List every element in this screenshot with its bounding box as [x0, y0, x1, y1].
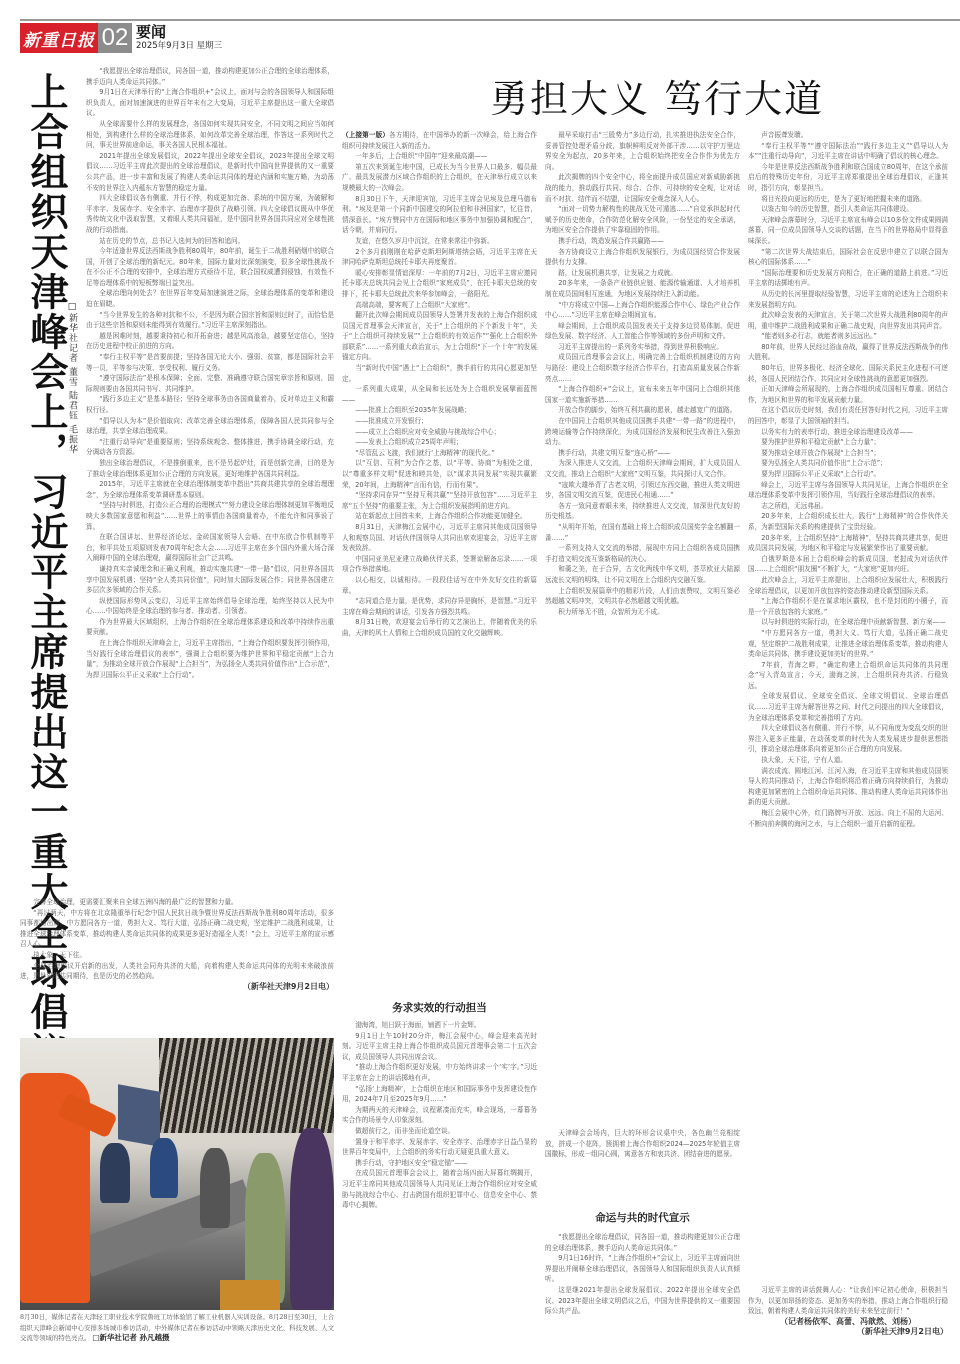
paragraph: “中方愿同各方一道，勇担大义、笃行大道，弘扬正确二战史观，坚定维护二战胜利成果，…: [748, 628, 948, 660]
paragraph: （上接第一版）各方期待，在中国举办的新一次峰会，给上海合作组织可持续发展注入新的…: [342, 130, 537, 151]
paragraph: 独出全球治理倡议，不是推倒重来，也不是另起炉灶，而是创新完善，目的是为了推动全球…: [86, 458, 334, 479]
paragraph: 要为捍卫国际公平正义采取“上合行动”。: [748, 469, 948, 480]
photo-person: [150, 1138, 178, 1198]
paragraph: 为期两天的天津峰会，议程紧凑而充实，峰会现场，一幕幕务实合作的场景令人印象深刻。: [342, 1105, 537, 1126]
paragraph: “中方将成立中国—上海合作组织能源合作中心、绿色产业合作中心……”习近平主席在峰…: [545, 300, 740, 321]
paragraph: 白俄罗斯是本届上合组织峰会的新成员国，老挝成为对话伙伴国……上合组织“朋友圈”不…: [748, 554, 948, 575]
paragraph: “践行多边主义”是基本路径；坚持全球事务由各国商量着办，反对单边主义和霸权行径。: [86, 394, 334, 415]
paragraph: “推动上海合作组织更好发展，中方始终讲求一个‘实’字。”习近平主席在会上的讲话掷…: [342, 1062, 537, 1083]
paragraph: 为深入推进人文交流，上合组织天津峰会期间，扩大成员国人文交流，推动上合组织“大家…: [545, 458, 740, 479]
second-article-col-1: （上接第一版）各方期待，在中国举办的新一次峰会，给上海合作组织可持续发展注入新的…: [342, 130, 537, 990]
paragraph: ——成立上合组织应对安全威胁与挑战综合中心；: [342, 427, 537, 438]
paragraph: “当今世界发生的各种对抗和不公，不是因为联合国宗旨和原则过时了，而恰恰是由于这些…: [86, 310, 334, 331]
section-info: 要闻 2025年9月3日 星期三: [132, 23, 222, 53]
paragraph: “再过两天，中方将在北京隆重举行纪念中国人民抗日战争暨世界反法西斯战争胜利80周…: [20, 908, 334, 950]
paragraph: 作为世界最大区域组织，上海合作组织在全球治理体系建设和改革中持续作出重要贡献。: [86, 617, 334, 638]
paragraph: 携手行动，共建文明互鉴“连心桥”——: [545, 448, 740, 459]
photo-person: [290, 1128, 334, 1310]
paragraph: “国际治理要和历史发展方向相合，在正确的道路上前进。”习近平主席的话掷地有声。: [748, 268, 948, 289]
photo-caption: 8月30日，媒体记者在天津轻工职业技术学院鲁班工坊体验馆了解工业机器人实训设备。…: [20, 1312, 334, 1344]
photo-person: [100, 1143, 130, 1203]
newspaper-logo: 新重日报: [20, 23, 98, 53]
paragraph: 各方一致同意着眼未来，持续推进人文交流，加深世代友好的历史根基。: [545, 501, 740, 522]
photo-ceiling: [159, 1038, 334, 1133]
second-dateline: （新华社天津9月2日电）: [748, 1327, 948, 1338]
photo-screen: [118, 1084, 160, 1146]
paragraph: 2个多月前刚刚在哈萨克斯坦阿斯塔纳会晤，习近平主席在天津同哈萨克斯坦总统托卡耶夫…: [342, 247, 537, 268]
paragraph: “能者则多必行志，就能者则多远远出。”: [748, 331, 948, 342]
paragraph: 在上海合作组织天津峰会上，习近平主席指出，“上海合作组织要发挥引领作用，当好践行…: [86, 638, 334, 680]
paragraph: 此次峰会上，习近平主席提出，上合组织应发展壮大，积极践行全球治理倡议，以更加开放…: [748, 575, 948, 596]
masthead-rule: [20, 19, 960, 21]
paragraph: 此次峰会发表的天津宣言，关于第二次世界大战胜利80周年的声明，重申维护二战胜利成…: [748, 310, 948, 331]
paragraph: “我愿提出全球治理倡议，同各国一道，推动构建更加公正合理的全球治理体系，携手迈向…: [86, 66, 334, 87]
paragraph: “弘扬‘上海精神’，上合组织在地区和国际事务中发挥建设性作用，2024年7月至2…: [342, 1084, 537, 1105]
continued-label: （上接第一版）: [342, 131, 389, 139]
paragraph: “寇欺大雄举背了古老文明，引领过东西交融，推进人类文明进步，各国文明交流互鉴，促…: [545, 480, 740, 501]
subhead-destiny: 命运与共的时代宣示: [545, 1210, 740, 1225]
paragraph: 从全球需要什么样的发展理念，各国如何实现共同安全，不同文明之间应当如何相处，到构…: [86, 119, 334, 151]
paragraph: 20多年来，上合组织坚持“上海精神”，坚持共商共建共享，促进成员国共同发展，为地…: [748, 533, 948, 554]
photo-person: [200, 1148, 230, 1228]
second-article-col-2b: 天津峰会会场内，巨大的环形会议桌中央，各色幽兰竞相绽放，拼成一个花阵，簇拥着上海…: [545, 1128, 740, 1200]
photo-caption-text: 8月30日，媒体记者在天津轻工职业技术学院鲁班工坊体验馆了解工业机器人实训设备。…: [20, 1313, 334, 1342]
paragraph: 9月1日上午10时20分许，梅江会展中心，峰会迎来高光时刻。习近平主席主持上海合…: [342, 1031, 537, 1063]
second-article-col-3b: 习近平主席的讲话鼓舞人心：“让我们牢记初心使命，积极担当作为，以更加昂扬的姿态、…: [748, 1285, 948, 1364]
lead-byline: □新华社记者 董雪 陆君钰 毛振华: [66, 302, 79, 455]
paragraph: 以鉴古知今的历史智慧，指引人类命运共同体建设。: [748, 204, 948, 215]
paragraph: “遵守国际法治”是根本保障；全面、完整、准确遵守联合国宪章宗旨和原则，国际规则要…: [86, 373, 334, 394]
paragraph: 20多年来，上合组织成长壮大，践行“上海精神”的合作伙伴关系，为新型国际关系的构…: [748, 511, 948, 532]
paragraph: 成员国元首理事会会议上，明确完善上合组织机制建设的方向与路径：建设上合组织数字经…: [545, 352, 740, 384]
paragraph: 完善全球治理，更需要汇聚来自全球五洲四海的最广泛的智慧和力量。: [20, 897, 334, 908]
paragraph: 积力所举无不胜，众智所为无不成。: [545, 607, 740, 618]
paragraph: 9月1日在天津举行的“上海合作组织+”会议上，面对与会的各国领导人和国际组织负责…: [86, 87, 334, 119]
paragraph: 以与时俱进的实际行动，在全球治理中贡献新智慧、新方案——: [748, 617, 948, 628]
paragraph: “上海合作组织不是在谋求地区霸权，也不是封闭的小圈子，而是一个开放包容的大家庭。…: [748, 596, 948, 617]
paragraph: 此次揭牌的四个安全中心，将全面提升成员国应对新威胁新挑战的能力，推动践行共同、综…: [545, 172, 740, 204]
paragraph: 峰会上，习近平主席与各国领导人共同见证，上海合作组织在全球治理体系变革中发挥引领…: [748, 480, 948, 501]
paragraph: 今年是世界反法西斯战争胜利和联合国成立80周年，在这个承前启后的特殊历史年份，习…: [748, 162, 948, 194]
paragraph: 和羹之美，在于合异，古文化两线中华文明，荟萃欧亚大陆源远流长文明的明珠，让不同文…: [545, 564, 740, 585]
paragraph: 暖心安排彰显情谊深厚：一年前的7月2日，习近平主席应邀同托卡耶夫总统共同会见上合…: [342, 268, 537, 300]
section-title: 要闻: [136, 24, 222, 41]
second-article-col-2c: “我愿提出全球治理倡议，同各国一道，推动构建更加公正合理的全球治理体系，携手迈向…: [545, 1232, 740, 1362]
issue-date: 2025年9月3日 星期三: [136, 41, 222, 52]
paragraph: 要为推动全球开放合作展现“上合担当”；: [748, 448, 948, 459]
paragraph: 渤海湾，旭日跃于海面，铺洒下一片金辉。: [342, 1020, 537, 1031]
paragraph: 习近平主席的讲话鼓舞人心：“让我们牢记初心使命，积极担当作为，以更加昂扬的姿态、…: [748, 1285, 948, 1317]
second-article-col-3: 声音振聋发聩。“奉行主权平等”“遵守国际法治”“践行多边主义”“倡导以人为本”“…: [748, 130, 948, 1285]
paragraph: 全球治理倡议开启新的出发，人类社会同舟共济的大船，向着构建人类命运共同体的光明未…: [20, 961, 334, 982]
paragraph: 梅江会展中心外，红门路牌写开放、远远、向上不屈的大运河、不断向前奔腾的海河之水，…: [748, 808, 948, 829]
paragraph: “从明年开始，在国有基础上将上合组织成员国奖学金名额翻一番……”: [545, 522, 740, 543]
lead-article-body-continued: 完善全球治理，更需要汇聚来自全球五洲四海的最广泛的智慧和力量。“再过两天，中方将…: [20, 897, 334, 1027]
paragraph: 这是继2021年提出全球发展倡议、2022年提出全球安全倡议、2023年提出全球…: [545, 1285, 740, 1317]
paragraph: ——批准成立开发银行；: [342, 416, 537, 427]
paragraph: 全球治理向何处去？在世界百年变局加速演进之际，全球治理体系的变革和建设迫在眉睫。: [86, 288, 334, 309]
paragraph: 纵使国际形势风云变幻，习近平主席始终倡导全球治理，始终坚持以人民为中心……中国始…: [86, 596, 334, 617]
paragraph: “奉行主权平等”“遵守国际法治”“践行多边主义”“倡导以人为本”“注重行动导向”…: [748, 141, 948, 162]
paragraph: 站在历史的节点，总书记入选何为的回答和追问。: [86, 236, 334, 247]
paragraph: 执大象，天下往，宁有人道。: [748, 755, 948, 766]
paragraph: 从历史的长河里提取经验智慧，习近平主席的论述为上合组织未来发展指明方向。: [748, 289, 948, 310]
lead-article-body: “我愿提出全球治理倡议，同各国一道，推动构建更加公正合理的全球治理体系，携手迈向…: [86, 66, 334, 896]
reporters-credit: （记者杨依军、高蕾、冯歆然、刘杨）: [748, 1317, 948, 1328]
paragraph: 以“互信、互利”为合作之基，以“平等、协商”为相处之道，以“尊重多样文明”促进和…: [342, 458, 537, 490]
paragraph: 一系列重大成果，从全局和长远处为上合组织发展擘画蓝图——: [342, 384, 537, 405]
page-number: 02: [98, 23, 132, 53]
paragraph: 站在新起点上回首未来，上海合作组织合作功能更加健全。: [342, 511, 537, 522]
second-article-col-2: 最早采取打击“三股势力”多边行动，扎实推进执法安全合作，妥善管控处理矛盾分歧，旗…: [545, 130, 740, 1120]
paragraph: 7年前，青海之畔，“确定构建上合组织命运共同体的共同理念”写入青岛宣言；今天，渤…: [748, 660, 948, 692]
paragraph: 8月31日晚，欢迎宴会后举行的文艺演出上，伴随着优美的乐曲，天津的风土人情和上合…: [342, 617, 537, 638]
paragraph: 一系列支持人文交流的举措，展现中方同上合组织各成员国携手打造文明交流互鉴新格局的…: [545, 543, 740, 564]
paragraph: “倡导以人为本”是价值取向；改革完善全球治理体系，保障各国人民共同参与全球治理，…: [86, 416, 334, 437]
paragraph: 正如天津峰会所展现的，上海合作组织成员国相互尊重、团结合作，为地区和世界的和平发…: [748, 384, 948, 405]
paragraph: 20多年来，一条条产业链供应链、能源传输通道、人才培养机制在成员国间相互连通，为…: [545, 278, 740, 299]
second-headline: 勇担大义 笃行大道: [490, 68, 824, 123]
paragraph: 携手行动，筑造发展合作共赢路——: [545, 236, 740, 247]
paragraph: ——批准上合组织至2035年发展战略；: [342, 405, 537, 416]
paragraph: 越是困难时刻，越要秉持初心和开拓奋进；越是风高浪急，越要坚定信心，坚持在历史进程…: [86, 331, 334, 352]
paragraph: “坚持求同存异”“坚持互利共赢”“坚持开放包容”……习近平主席“五个坚持”的重要…: [342, 490, 537, 511]
paragraph: 高端高端，要客观了上合组织“大家庭”。: [342, 300, 537, 311]
paragraph: 路，让发展机遇共享，让发展之力成就。: [545, 268, 740, 279]
news-photo: [20, 1038, 334, 1310]
paragraph: 一年多后，上合组织“中国年”迎来最高潮——: [342, 151, 537, 162]
paragraph: 2021年提出全球发展倡议，2022年提出全球安全倡议，2023年提出全球文明倡…: [86, 151, 334, 193]
paragraph: 将目光投向更远的历史，是为了更好地把握未来的道路。: [748, 194, 948, 205]
paragraph: 峰会期间，上合组织成员国发表关于支持多边贸易体制、促进绿色发展、数字经济、人工智…: [545, 321, 740, 342]
paragraph: 置身于和平赤字、发展赤字、安全赤字、治理赤字日益凸显的世界百年变局中，上合组织的…: [342, 1137, 537, 1158]
paragraph: 四大全球倡议各有侧重、并行不悖，构成更加完备、系统的中国方案，为破解和平赤字、发…: [86, 193, 334, 235]
paragraph: 友谊，在悠久岁月中沉淀，在常来常往中弥新。: [342, 236, 537, 247]
paragraph: 在成员国元首理事会会议上，随着会场四面大屏幕红绸揭开，习近平主席同其他成员国领导…: [342, 1168, 537, 1210]
paragraph: “坚持与时俱进，打造公正合理的治理模式”“努力建设全球治理体制更加平衡地反映大多…: [86, 500, 334, 532]
lead-dateline: （新华社天津9月2日电）: [20, 982, 334, 993]
paragraph: “志同道合是力量，是优势，求同存异是胸怀，是智慧。”习近平主席在峰会期间的讲话，…: [342, 596, 537, 617]
paragraph: 天津峰会落幕时分，习近平主席宣布峰会以10多份文件成果圆满落幕，同一位成员国领导…: [748, 215, 948, 247]
paragraph: 要为推护世界和平稳定贡献“上合力量”；: [748, 437, 948, 448]
paragraph: 在联合国讲坛、世界经济论坛、金砖国家领导人会晤、在中东欧合作机制等平台，和平共处…: [86, 532, 334, 564]
paragraph: 翻开此次峰会期间成员国领导人签署并发表的上海合作组织成员国元首理事会天津宣言，关…: [342, 310, 537, 363]
paragraph: 谦持真实亲诚理念和正确义利观，推动实施共建“一带一路”倡议，同世界各国共享中国发…: [86, 564, 334, 596]
paragraph: 执大象，天下往。: [20, 950, 334, 961]
paragraph: 要为弘扬全人类共同价值作出“上合示范”；: [748, 458, 948, 469]
second-article-col-1b: 渤海湾，旭日跃于海面，铺洒下一片金辉。9月1日上午10时20分许，梅江会展中心，…: [342, 1020, 537, 1360]
paragraph: 四大全球倡议各有侧重、并行不悖，从不同角度为变乱交织的世界注入更多正能量，在动荡…: [748, 723, 948, 755]
photo-credit: □新华社记者 孙凡越摄: [92, 1333, 169, 1342]
photo-floor: [220, 1280, 280, 1310]
paragraph: 天津峰会会场内，巨大的环形会议桌中央，各色幽兰竞相绽放，拼成一个花阵，簇拥着上海…: [545, 1128, 740, 1160]
paragraph: 第五次来到诞生地中国，已成长为当今世界人口最多、幅员最广、最具发展潜力区域合作组…: [342, 162, 537, 194]
paragraph: 满衣成流、圆地江河、江河入海，在习近平主席和其他成员国领导人的共同推动下，上海合…: [748, 766, 948, 808]
paragraph: “面对一切势力解构性的挑战无处可遁逃……”自觉承担起时代赋予的历史使命，合作防范…: [545, 204, 740, 236]
paragraph: “上海合作组织+”会议上，宣布未来五年中国同上合组织其他国家一道实施新举措……: [545, 384, 740, 405]
paragraph: 今年适逢世界反法西斯战争胜利80周年，80年前，诞生于二战胜利硝烟中的联合国，开…: [86, 246, 334, 288]
paragraph: 9月1日16时许，“上海合作组织+”会议上，习近平主席面向世界提出并阐释全球治理…: [545, 1253, 740, 1285]
paragraph: 在这个倡议历史时刻，我们有责任回答好时代之问，习近平主席的回答中，彰显了大国领袖…: [748, 405, 948, 426]
paragraph: “奉行主权平等”是首要前提；坚持各国无论大小、强弱、贫富，都是国际社会平等一员，…: [86, 352, 334, 373]
paragraph: 开放合作的脚步，始终互利共赢的愿景，越走越宽广的道路。: [545, 405, 740, 416]
paragraph: “注重行动导向”是重要原则；坚持系统观念、整体推进，携手协调全球行动，充分调动各…: [86, 437, 334, 458]
paragraph: 8月30日下午，天津迎宾馆，习近平主席会见埃及总理马德布利。“埃及是第一个同新中…: [342, 194, 537, 236]
paragraph: 各方协商设立上海合作组织发展银行，为成员国经贸合作发展提供有力支撑。: [545, 247, 740, 268]
paragraph: 当“新时代中国”遇上“上合组织”，携手前行的共同心愿更加坚定。: [342, 363, 537, 384]
paragraph: 上合组织发展篇章中的精彩片段，人们由衷赞叹，文明互鉴必然超越文明冲突，文明共存必…: [545, 586, 740, 607]
paragraph: 8月31日，天津梅江会展中心，习近平主席同其他成员国领导人和观察员国、对话伙伴国…: [342, 522, 537, 554]
paragraph: 80年后，世界多极化、经济全球化、国际关系民主化进程不可逆转，各国人民团结合作、…: [748, 363, 948, 384]
paragraph: ——发表上合组织成立25周年声明；: [342, 437, 537, 448]
paragraph: “尽管乱云飞渡，我们就行‘上海精神’的现代化。”: [342, 448, 537, 459]
paragraph: 2015年，习近平主席就在全球治理体制变革中指出“共商共建共享的全球治理理念”，…: [86, 479, 334, 500]
paragraph: 做超前行之，而非坐而论道空谈。: [342, 1126, 537, 1137]
paragraph: 最早采取打击“三股势力”多边行动，扎实推进执法安全合作，妥善管控处理矛盾分歧，旗…: [545, 130, 740, 172]
paragraph: “我愿提出全球治理倡议，同各国一道，推动构建更加公正合理的全球治理体系，携手迈向…: [545, 1232, 740, 1253]
paragraph: 携手行动，守护地区安全“稳定锚”——: [342, 1158, 537, 1169]
paragraph: 习近平主席提出的一系列务实举措，得到世界积极响应。: [545, 342, 740, 353]
paragraph: 以务实有力的表率行动，推进全球治理建设改革——: [748, 427, 948, 438]
paragraph: 志之所趋，无远弗届。: [748, 501, 948, 512]
paragraph: “第二次世界大战结束后，国际社会在反思中建立了以联合国为核心的国际体系……”: [748, 247, 948, 268]
paragraph: 全球发展倡议、全球安全倡议、全球文明倡议、全球治理倡议……习近平主席为解答世界之…: [748, 691, 948, 723]
paragraph: 80年前，世界人民经过浴血奋战，赢得了世界反法西斯战争的伟大胜利。: [748, 342, 948, 363]
subhead-action: 务求实效的行动担当: [342, 1000, 537, 1015]
paragraph: 中国同亚美尼亚建立战略伙伴关系，签署谅解备忘录……一项项合作举措落地。: [342, 554, 537, 575]
masthead: 新重日报 02 要闻 2025年9月3日 星期三: [20, 23, 222, 53]
paragraph: 以心相交，以诚相待。一段段佳话写在中外友好交往的新篇章。: [342, 575, 537, 596]
paragraph: 声音振聋发聩。: [748, 130, 948, 141]
paragraph: 在中国同上合组织其他成员国携手共建“一带一路”的进程中，跨境运输等合作持续深化，…: [545, 416, 740, 448]
